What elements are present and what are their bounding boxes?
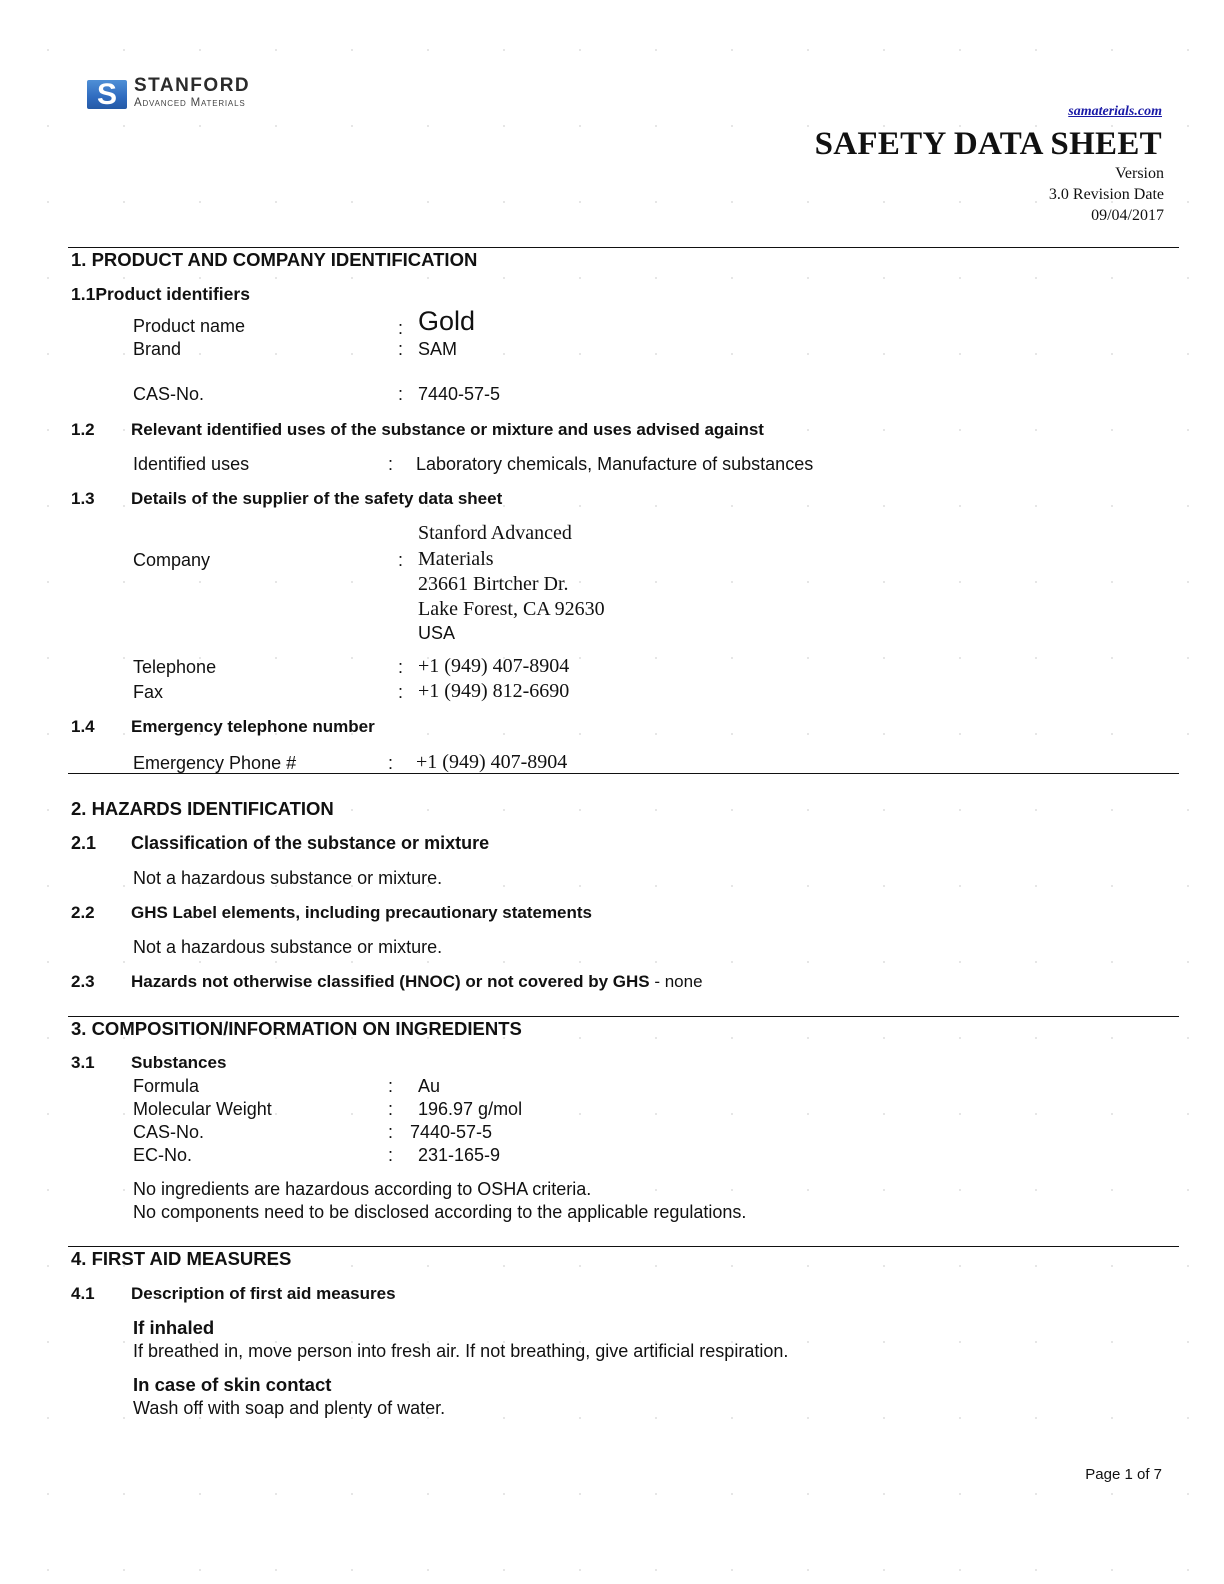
subsection-2-3-title: Hazards not otherwise classified (HNOC) … <box>131 972 703 992</box>
skin-contact-title: In case of skin contact <box>133 1374 331 1396</box>
colon: : <box>398 384 403 405</box>
colon: : <box>388 753 393 774</box>
subsection-number: 2.1 <box>71 833 96 854</box>
version-line: 3.0 Revision Date <box>1049 184 1164 205</box>
brand-value: SAM <box>418 339 457 360</box>
colon: : <box>388 1145 393 1166</box>
subsection-number: 1.2 <box>71 420 95 440</box>
telephone-label: Telephone <box>133 657 216 678</box>
subsection-1-3-title: Details of the supplier of the safety da… <box>131 489 502 509</box>
revision-date: 09/04/2017 <box>1049 205 1164 226</box>
subsection-2-1-title: Classification of the substance or mixtu… <box>131 833 489 854</box>
colon: : <box>388 1122 393 1143</box>
section-divider <box>68 773 1179 774</box>
hnoc-value: - none <box>650 972 703 991</box>
fax-label: Fax <box>133 682 163 703</box>
company-line: Stanford Advanced <box>418 522 572 545</box>
company-address-line: Lake Forest, CA 92630 <box>418 598 605 621</box>
cas-value: 7440-57-5 <box>410 1122 492 1143</box>
colon: : <box>398 339 403 360</box>
section-3-title: 3. COMPOSITION/INFORMATION ON INGREDIENT… <box>71 1018 522 1040</box>
osha-note: No ingredients are hazardous according t… <box>133 1179 591 1200</box>
subsection-4-1-title: Description of first aid measures <box>131 1284 396 1304</box>
formula-label: Formula <box>133 1076 199 1097</box>
website-link[interactable]: samaterials.com <box>1068 104 1162 120</box>
subsection-number: 1.4 <box>71 717 95 737</box>
formula-value: Au <box>418 1076 440 1097</box>
skin-contact-text: Wash off with soap and plenty of water. <box>133 1398 445 1419</box>
company-line: Materials <box>418 548 494 571</box>
section-4-title: 4. FIRST AID MEASURES <box>71 1248 291 1270</box>
hnoc-title: Hazards not otherwise classified (HNOC) … <box>131 972 650 991</box>
section-divider <box>68 1246 1179 1247</box>
colon: : <box>398 682 403 703</box>
colon: : <box>388 1076 393 1097</box>
company-label: Company <box>133 550 210 571</box>
subsection-3-1-title: Substances <box>131 1053 226 1073</box>
molecular-weight-value: 196.97 g/mol <box>418 1099 522 1120</box>
version-info: Version 3.0 Revision Date 09/04/2017 <box>1049 163 1164 226</box>
subsection-1-2-title: Relevant identified uses of the substanc… <box>131 420 764 440</box>
section-divider <box>68 1016 1179 1017</box>
subsection-number: 4.1 <box>71 1284 95 1304</box>
colon: : <box>388 1099 393 1120</box>
telephone-value: +1 (949) 407-8904 <box>418 655 569 678</box>
disclosure-note: No components need to be disclosed accor… <box>133 1202 746 1223</box>
classification-text: Not a hazardous substance or mixture. <box>133 868 442 889</box>
colon: : <box>398 550 403 571</box>
product-name-label: Product name <box>133 316 245 337</box>
section-2-title: 2. HAZARDS IDENTIFICATION <box>71 798 334 820</box>
subsection-2-2-title: GHS Label elements, including precaution… <box>131 903 592 923</box>
version-label: Version <box>1049 163 1164 184</box>
cas-label: CAS-No. <box>133 1122 204 1143</box>
subsection-number: 2.3 <box>71 972 95 992</box>
molecular-weight-label: Molecular Weight <box>133 1099 272 1120</box>
if-inhaled-text: If breathed in, move person into fresh a… <box>133 1341 788 1362</box>
identified-uses-value: Laboratory chemicals, Manufacture of sub… <box>416 454 813 475</box>
page-number: Page 1 of 7 <box>1085 1466 1162 1483</box>
company-address-line: 23661 Birtcher Dr. <box>418 573 569 596</box>
section-divider <box>68 247 1179 248</box>
company-logo-icon: S <box>87 80 127 109</box>
ghs-label-text: Not a hazardous substance or mixture. <box>133 937 442 958</box>
colon: : <box>398 318 403 339</box>
emergency-phone-label: Emergency Phone # <box>133 753 296 774</box>
cas-value: 7440-57-5 <box>418 384 500 405</box>
document-title: SAFETY DATA SHEET <box>815 126 1162 163</box>
logo-name: STANFORD <box>134 75 250 97</box>
identified-uses-label: Identified uses <box>133 454 249 475</box>
logo-subtitle: Advanced Materials <box>134 97 245 109</box>
fax-value: +1 (949) 812-6690 <box>418 680 569 703</box>
colon: : <box>398 657 403 678</box>
subsection-1-4-title: Emergency telephone number <box>131 717 375 737</box>
emergency-phone-value: +1 (949) 407-8904 <box>416 751 567 774</box>
ec-number-value: 231-165-9 <box>418 1145 500 1166</box>
product-name-value: Gold <box>418 306 475 337</box>
ec-number-label: EC-No. <box>133 1145 192 1166</box>
cas-label: CAS-No. <box>133 384 204 405</box>
subsection-number: 2.2 <box>71 903 95 923</box>
brand-label: Brand <box>133 339 181 360</box>
colon: : <box>388 454 393 475</box>
subsection-1-1-title: 1.1Product identifiers <box>71 284 250 305</box>
section-1-title: 1. PRODUCT AND COMPANY IDENTIFICATION <box>71 249 477 271</box>
company-country: USA <box>418 623 455 644</box>
subsection-number: 1.3 <box>71 489 95 509</box>
subsection-number: 3.1 <box>71 1053 95 1073</box>
if-inhaled-title: If inhaled <box>133 1317 214 1339</box>
